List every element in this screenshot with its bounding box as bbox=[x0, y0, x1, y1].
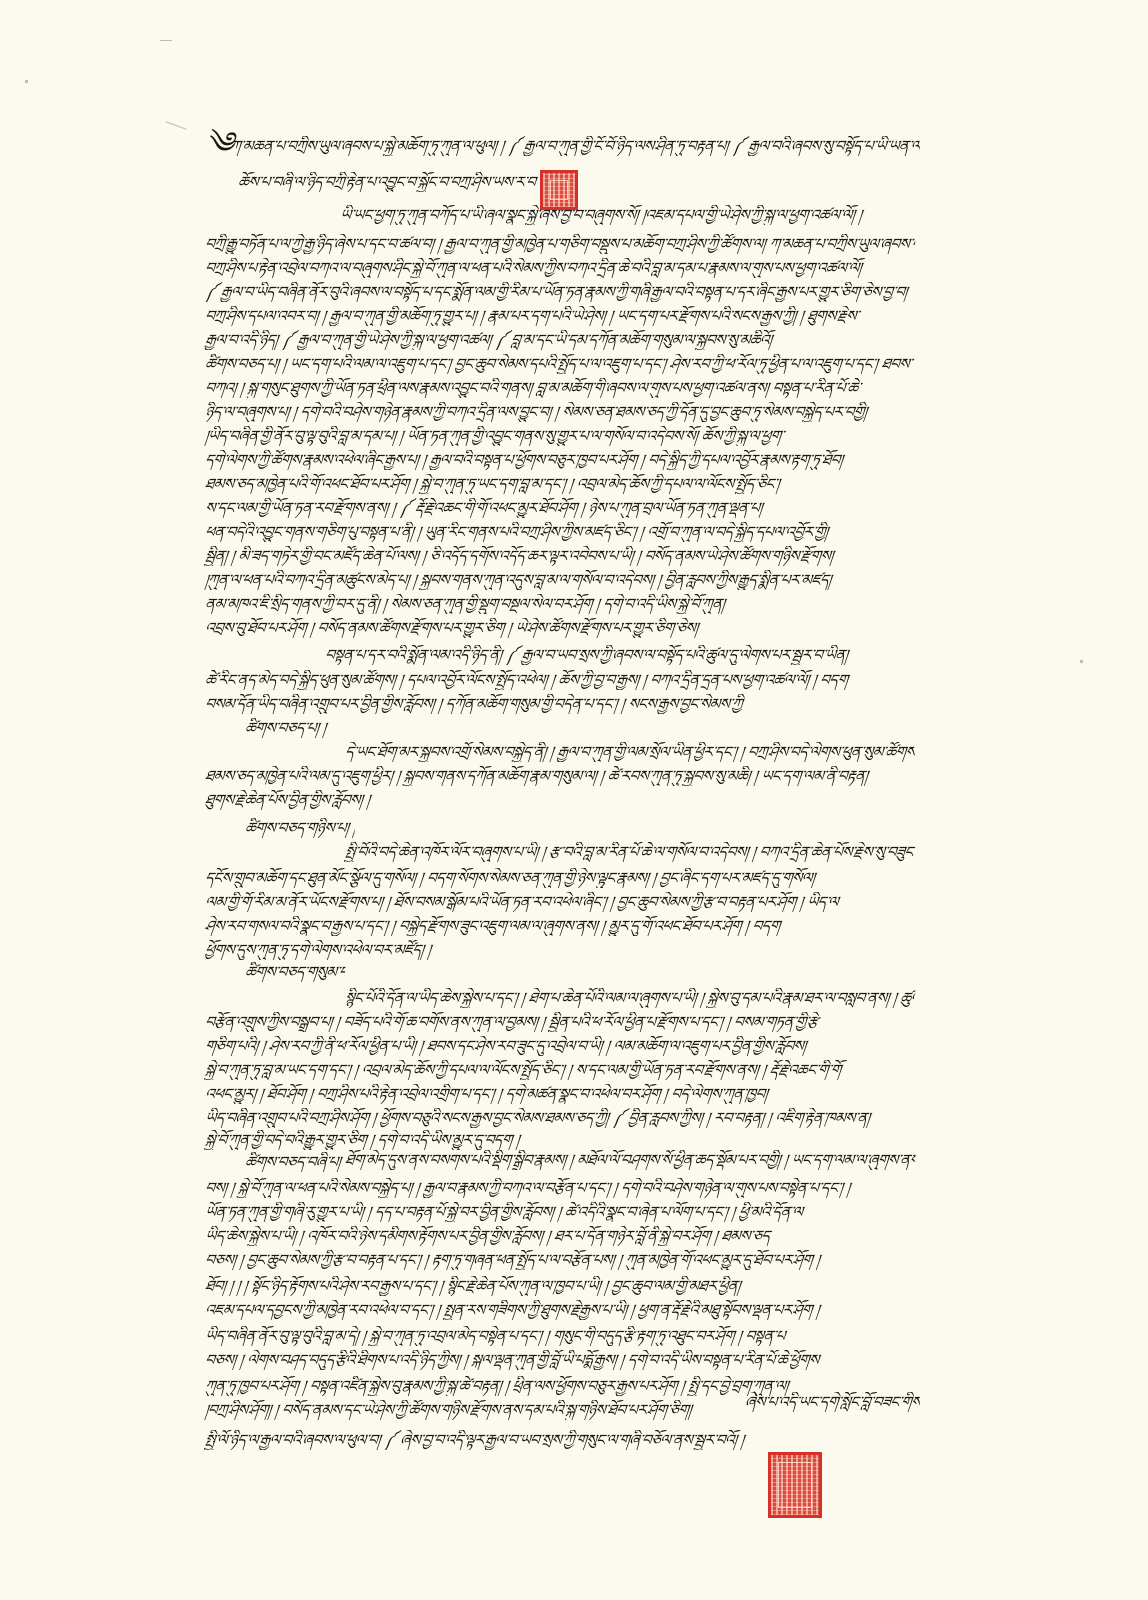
text-line: སྦྱིན། ། མི་ཟད་གཏེར་གྱི་བང་མཛོད་ཆེན་པོ་ལ… bbox=[204, 546, 916, 566]
text-line: ཐམས་ཅད་མཁྱེན་པའི་གོ་འཕང་ཐོབ་པར་ཤོག ། སྐྱ… bbox=[204, 474, 916, 494]
text-line: སྐྱེ་བོ་ཀུན་གྱི་བདེ་བའི་རྒྱུར་གྱུར་ཅིག །… bbox=[204, 1130, 596, 1150]
manuscript-page: ༄ ཀ་མཆན་པ་བཀྲིས་ཡུལ་ཞབས་པ་སྐྱེ་མཆོག་ཏུ་ཀ… bbox=[0, 0, 1148, 1600]
text-line: གཅིག་པའི། ། ཤེས་རབ་ཀྱི་ནི་ཕ་རོལ་ཕྱིན་པ་ཡ… bbox=[204, 1036, 916, 1056]
text-line: བཀའ། ། སྐུ་གསུང་ཐུགས་ཀྱི་ཡོན་ཏན་ཕྲིན་ལས་… bbox=[204, 378, 916, 398]
paper-fleck bbox=[1080, 660, 1083, 663]
text-line: བཅས། ། བྱང་ཆུབ་སེམས་ཀྱི་རྩ་བ་བརྟན་པ་དང་།… bbox=[204, 1250, 916, 1270]
text-line: ཉིད་ལ་བཞུགས་པ། ། དགེ་བའི་བཤེས་གཉེན་རྣམས་… bbox=[204, 402, 916, 422]
paper-fleck bbox=[25, 80, 28, 83]
text-line: བཅས། ། ལེགས་བཤད་བདུད་རྩིའི་ཐིགས་པ་འདི་ཉི… bbox=[204, 1350, 916, 1370]
text-line: ཐུགས་རྗེ་ཆེན་པོས་བྱིན་གྱིས་རློབས། ། bbox=[204, 790, 376, 810]
text-line: ཡིད་བཞིན་འགྲུབ་པའི་བཀྲ་ཤིས་ཤོག ། ཕྱོགས་བ… bbox=[204, 1108, 916, 1128]
paper-fleck bbox=[160, 40, 172, 41]
section-header: ཚིགས་བཅད་གཉིས་པ། ། bbox=[244, 818, 356, 838]
text-line: ས་དང་ལམ་གྱི་ཡོན་ཏན་རབ་རྫོགས་ནས། ། ༼ རྡོ་… bbox=[204, 498, 916, 518]
text-line: ཆོས་པ་བཞི་ལ་ཉིད་བཀྲི་རྟེན་པ་འབྱུང་བ་སྐྱོ… bbox=[237, 172, 539, 192]
text-line: ཚེ་རིང་ནད་མེད་བདེ་སྐྱིད་ཕུན་སུམ་ཚོགས། ། … bbox=[204, 670, 916, 690]
text-line: འཇམ་དཔལ་དབྱངས་ཀྱི་མཁྱེན་རབ་འཕེལ་བ་དང་། །… bbox=[204, 1300, 916, 1320]
upper-seal bbox=[540, 170, 578, 210]
text-line: བསྟན་པ་དར་བའི་སྨོན་ལམ་འདི་ཉིད་ནི། ༼ རྒྱལ… bbox=[324, 645, 916, 665]
text-line: ཡོན་ཏན་ཀུན་གྱི་གཞི་རུ་གྱུར་པ་ཡི། ། དད་པ་… bbox=[204, 1202, 916, 1222]
text-line: སྤྱི་བོའི་བདེ་ཆེན་འཁོར་ལོར་བཞུགས་པ་ཡི། །… bbox=[344, 842, 916, 862]
text-line: ཡི་ཡང་ཕྱག་ཏུ་ཀུན་བཀོད་པ་ཡི་ཞལ་སྣང་སྐྱེ་ཞ… bbox=[339, 205, 911, 225]
text-line: ཐམས་ཅད་མཁྱེན་པའི་ལམ་དུ་འཇུག་ཕྱིར། ། སྐྱབ… bbox=[204, 766, 916, 786]
section-header: ཚིགས་བཅད་བཞི་པ། ། bbox=[244, 1152, 346, 1172]
text-line: ནམ་མཁའ་ཇི་སྲིད་གནས་ཀྱི་བར་དུ་ནི། ། སེམས་… bbox=[204, 594, 916, 614]
text-line: བས། ། སྐྱེ་བོ་ཀུན་ལ་ཕན་པའི་སེམས་བསྐྱེད་པ… bbox=[204, 1178, 916, 1198]
text-line: དངོས་གྲུབ་མཆོག་དང་ཐུན་མོང་སྩོལ་དུ་གསོལ། … bbox=[204, 868, 916, 888]
seal-border bbox=[550, 180, 568, 200]
paper-fleck bbox=[165, 121, 186, 129]
text-line: བཀྲ་ཤིས་དཔལ་འབར་བ། ། རྒྱལ་བ་ཀུན་གྱི་མཆོག… bbox=[204, 306, 916, 326]
text-line: ཤེས་རབ་གསལ་བའི་སྣང་བ་རྒྱས་པ་དང་། ། བསྐྱེ… bbox=[204, 916, 916, 936]
seal-border bbox=[778, 1462, 812, 1508]
text-line: ཞེས་པ་འདི་ཡང་དགེ་སློང་བློ་བཟང་གིས། bbox=[744, 1392, 921, 1412]
text-line: འཕང་མྱུར། ། ཐོབ་ཤོག ། བཀྲ་ཤིས་པའི་རྟེན་འ… bbox=[204, 1084, 916, 1104]
text-line: ཚིགས་བཅད་པ། ། ཡང་དག་པའི་ལམ་ལ་འཇུག་པ་དང་།… bbox=[204, 354, 916, 374]
text-line: དེ་ཡང་ཐོག་མར་སྐྱབས་འགྲོ་སེམས་བསྐྱེད་ནི། … bbox=[344, 742, 916, 762]
text-line: ཡིད་ཆེས་སྐྱེས་པ་ཡི། ། འཁོར་བའི་ཉེས་དམིགས… bbox=[204, 1226, 916, 1246]
text-line: ཕན་བདེའི་འབྱུང་གནས་གཅིག་པུ་བསྟན་པ་ནི། ། … bbox=[204, 522, 916, 542]
text-line: ཐོབ། ། ། ། སྟོང་ཉིད་རྟོགས་པའི་ཤེས་རབ་རྒྱ… bbox=[204, 1276, 916, 1296]
section-header: ཚིགས་བཅད་པ། ། bbox=[244, 718, 346, 738]
text-line: ཀ་མཆན་པ་བཀྲིས་ཡུལ་ཞབས་པ་སྐྱེ་མཆོག་ཏུ་ཀུན… bbox=[229, 136, 921, 156]
text-line: བཀྲ་ཤིས་པ་རྟེན་འབྲེལ་བཀའ་ལ་བཞུགས་ཤིང་སྐྱ… bbox=[204, 258, 916, 278]
text-line: བཀྲི་རྒྱུ་བཏོན་པ་ལ་ཀྱེ་རྒྱ་ཉིད་ཞེས་པ་དང་… bbox=[204, 234, 916, 254]
text-line: དགེ་ལེགས་ཀྱི་ཚོགས་རྣམས་འཕེལ་ཞིང་རྒྱས་པ། … bbox=[204, 450, 916, 470]
text-line: ཐོག་མེད་དུས་ནས་བསགས་པའི་སྡིག་སྒྲིབ་རྣམས།… bbox=[344, 1150, 916, 1170]
text-line: བརྩོན་འགྲུས་ཀྱིས་བསྒྲུབ་པ། ། བཟོད་པའི་གོ… bbox=[204, 1012, 916, 1032]
text-line: སྤྱི་ལོ་ཉིད་ལ་རྒྱལ་བའི་ཞབས་ལ་ཕུལ་བ། ༼ ཞེ… bbox=[204, 1430, 826, 1450]
text-line: ཡིད་བཞིན་ནོར་བུ་ལྟ་བུའི་བླ་མ་དེ། ། སྐྱེ་… bbox=[204, 1326, 916, 1346]
text-line: སྐྱེ་བ་ཀུན་ཏུ་བླ་མ་ཡང་དག་དང་། ། འབྲལ་མེད… bbox=[204, 1060, 916, 1080]
lower-seal bbox=[768, 1452, 822, 1518]
text-line: །བཀྲ་ཤིས་ཤོག། ། བསོད་ནམས་དང་ཡེ་ཤེས་ཀྱི་ཚ… bbox=[204, 1400, 746, 1420]
text-line: རྒྱལ་བ་འདི་ཉིད། ༼ རྒྱལ་བ་ཀུན་གྱི་ཡེ་ཤེས་… bbox=[204, 330, 916, 350]
text-line: བསམ་དོན་ཡིད་བཞིན་འགྲུབ་པར་བྱིན་གྱིས་རློབ… bbox=[204, 694, 746, 714]
text-line: འབྲས་བུ་ཐོབ་པར་ཤོག ། བསོད་ནམས་ཚོགས་རྫོགས… bbox=[204, 618, 726, 638]
text-line: ལམ་གྱི་གོ་རིམ་མ་ནོར་ཡོངས་རྫོགས་པ། ། ཐོས་… bbox=[204, 892, 916, 912]
section-header: ཚིགས་བཅད་གསུམ་པ། ། bbox=[244, 962, 346, 982]
text-line: ཕྱོགས་དུས་ཀུན་ཏུ་དགེ་ལེགས་འཕེལ་བར་མཛོད། … bbox=[204, 940, 516, 960]
text-line: ༼ རྒྱལ་བ་ཡིད་བཞིན་ནོར་བུའི་ཞབས་ལ་བསྟོད་པ… bbox=[204, 282, 916, 302]
text-line: སྙིང་པོའི་དོན་ལ་ཡིད་ཆེས་སྐྱེས་པ་དང་། ། ཐ… bbox=[344, 988, 916, 1008]
text-line: །ཀུན་ལ་ཕན་པའི་བཀའ་དྲིན་མཚུངས་མེད་པ། ། སྐ… bbox=[204, 570, 916, 590]
text-line: །ཡིད་བཞིན་གྱི་ནོར་བུ་ལྟ་བུའི་བླ་མ་དམ་པ། … bbox=[204, 426, 916, 446]
